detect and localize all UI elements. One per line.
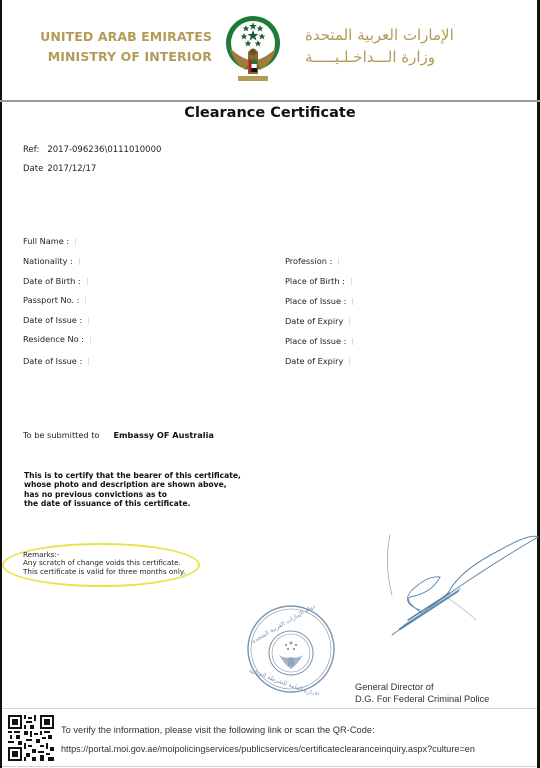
field-label: Passport No. : [23,295,79,305]
field-label: Residence No : [23,334,84,344]
certification-statement: This is to certify that the bearer of th… [24,471,241,508]
field-profession: Profession : [285,256,339,266]
svg-text:دولة الإمارات العربية المتحدة: دولة الإمارات العربية المتحدة [251,603,317,645]
country-name-arabic: الإمارات العربية المتحدة [305,24,475,46]
date-label: Date [23,164,43,174]
field-value-redacted [338,258,339,265]
field-value-redacted [349,318,350,325]
verification-link[interactable]: https://portal.moi.gov.ae/moipolicingser… [61,744,475,754]
submission-label: To be submitted to [23,430,99,440]
field-value-redacted [352,298,353,305]
ministry-name-arabic: الإمارات العربية المتحدة وزارة الـــداخـ… [305,24,475,68]
field-value-redacted [85,297,86,304]
ministry-name: MINISTRY OF INTERIOR [40,47,212,67]
field-place-of-birth: Place of Birth : [285,276,352,286]
submission-recipient: Embassy OF Australia [113,430,214,440]
field-value-redacted [352,338,353,345]
field-label: Place of Issue : [285,336,346,346]
field-nationality: Nationality : [23,256,80,266]
remarks-line-validity: This certificate is valid for three mont… [23,568,185,576]
field-label: Date of Expiry [285,356,343,366]
qr-code-icon[interactable] [8,715,54,761]
reference-number: 2017-096236\0111010000 [47,145,161,155]
field-residence-place-of-issue: Place of Issue : [285,336,353,346]
official-seal-icon: دولة الإمارات العربية المتحدة الإدارة ال… [245,603,337,695]
field-label: Place of Birth : [285,276,345,286]
field-label: Date of Birth : [23,276,81,286]
field-residence-date-of-issue: Date of Issue : [23,356,89,366]
signatory-title: General Director of D.G. For Federal Cri… [355,682,489,705]
signature-icon [380,525,540,650]
ministry-name-english: UNITED ARAB EMIRATES MINISTRY OF INTERIO… [40,27,212,67]
header-divider [0,100,540,102]
reference-row: Ref:2017-096236\0111010000 [23,145,161,155]
field-value-redacted [75,238,76,245]
field-date-of-birth: Date of Birth : [23,276,88,286]
country-name: UNITED ARAB EMIRATES [40,27,212,47]
field-residence-date-of-expiry: Date of Expiry [285,356,350,366]
field-value-redacted [88,317,89,324]
signatory-line-1: General Director of [355,682,489,694]
field-label: Nationality : [23,256,73,266]
field-value-redacted [349,358,350,365]
field-label: Date of Issue : [23,315,82,325]
verification-footer: To verify the information, please visit … [2,708,537,767]
document-title: Clearance Certificate [0,105,540,121]
submission-row: To be submitted toEmbassy OF Australia [23,430,214,440]
letterhead: UNITED ARAB EMIRATES MINISTRY OF INTERIO… [0,0,540,101]
field-passport-no: Passport No. : [23,295,86,305]
ministry-name-arabic-line: وزارة الـــداخـلـيـــــة [305,46,475,68]
issue-date-row: Date2017/12/17 [23,164,96,174]
field-passport-date-of-expiry: Date of Expiry [285,316,350,326]
verification-instructions: To verify the information, please visit … [61,725,375,735]
field-full-name: Full Name : [23,236,76,246]
uae-falcon-emblem-icon [224,12,282,86]
field-label: Full Name : [23,236,69,246]
field-label: Profession : [285,256,332,266]
field-value-redacted [79,258,80,265]
field-label: Place of Issue : [285,296,346,306]
signatory-line-2: D.G. For Federal Criminal Police [355,694,489,706]
reference-label: Ref: [23,145,39,155]
issue-date: 2017/12/17 [47,164,96,174]
field-passport-place-of-issue: Place of Issue : [285,296,353,306]
field-value-redacted [90,336,91,343]
field-value-redacted [351,278,352,285]
field-value-redacted [88,358,89,365]
field-residence-no: Residence No : [23,334,91,344]
field-label: Date of Issue : [23,356,82,366]
remarks-block: Remarks:- Any scratch of change voids th… [23,551,185,576]
field-label: Date of Expiry [285,316,343,326]
field-passport-date-of-issue: Date of Issue : [23,315,89,325]
field-value-redacted [87,278,88,285]
